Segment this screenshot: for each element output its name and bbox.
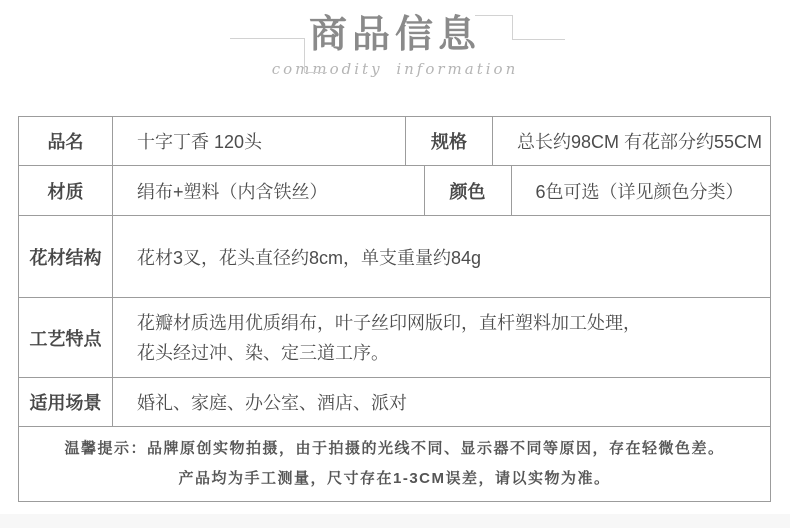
page-title: 商品信息 [0,12,790,58]
color-value: 6色可选（详见颜色分类） [512,166,771,215]
color-label: 颜色 [425,166,512,215]
scenes-label: 适用场景 [19,378,113,426]
table-row-structure: 花材结构 花材3叉，花头直径约8cm，单支重量约84g [19,216,770,298]
bottom-background-strip [0,514,790,528]
table-row-craft: 工艺特点 花瓣材质选用优质绢布，叶子丝印网版印，直杆塑料加工处理， 花头经过冲、… [19,298,770,378]
product-name-label: 品名 [19,117,113,165]
material-label: 材质 [19,166,113,215]
structure-label: 花材结构 [19,216,113,297]
table-row-name-spec: 品名 十字丁香 120头 规格 总长约98CM 有花部分约55CM [19,117,770,166]
scenes-value: 婚礼、家庭、办公室、酒店、派对 [113,378,770,426]
craft-value-line1: 花瓣材质选用优质绢布，叶子丝印网版印，直杆塑料加工处理， [137,308,641,338]
spec-value: 总长约98CM 有花部分约55CM [493,117,770,165]
left-bracket-decoration [230,38,305,73]
right-bracket-decoration [475,15,513,40]
structure-value: 花材3叉，花头直径约8cm，单支重量约84g [113,216,770,297]
page-header: 商品信息 commodity information [0,0,790,108]
craft-value: 花瓣材质选用优质绢布，叶子丝印网版印，直杆塑料加工处理， 花头经过冲、染、定三道… [113,298,770,377]
right-bracket-decoration-foot [513,39,565,40]
left-bracket-decoration-foot [305,72,327,73]
notice-line2: 产品均为手工测量，尺寸存在1-3CM误差，请以实物为准。 [178,464,610,494]
product-name-value: 十字丁香 120头 [113,117,406,165]
spec-label: 规格 [406,117,493,165]
material-value: 绢布+塑料（内含铁丝） [113,166,425,215]
table-row-notice: 温馨提示：品牌原创实物拍摄，由于拍摄的光线不同、显示器不同等原因，存在轻微色差。… [19,427,770,501]
craft-value-line2: 花头经过冲、染、定三道工序。 [137,338,389,368]
notice-line1: 温馨提示：品牌原创实物拍摄，由于拍摄的光线不同、显示器不同等原因，存在轻微色差。 [64,434,724,464]
table-row-material-color: 材质 绢布+塑料（内含铁丝） 颜色 6色可选（详见颜色分类） [19,166,770,216]
craft-label: 工艺特点 [19,298,113,377]
product-info-table: 品名 十字丁香 120头 规格 总长约98CM 有花部分约55CM 材质 绢布+… [18,116,771,502]
table-row-scenes: 适用场景 婚礼、家庭、办公室、酒店、派对 [19,378,770,427]
notice-text: 温馨提示：品牌原创实物拍摄，由于拍摄的光线不同、显示器不同等原因，存在轻微色差。… [19,427,770,501]
page-subtitle: commodity information [0,60,790,78]
